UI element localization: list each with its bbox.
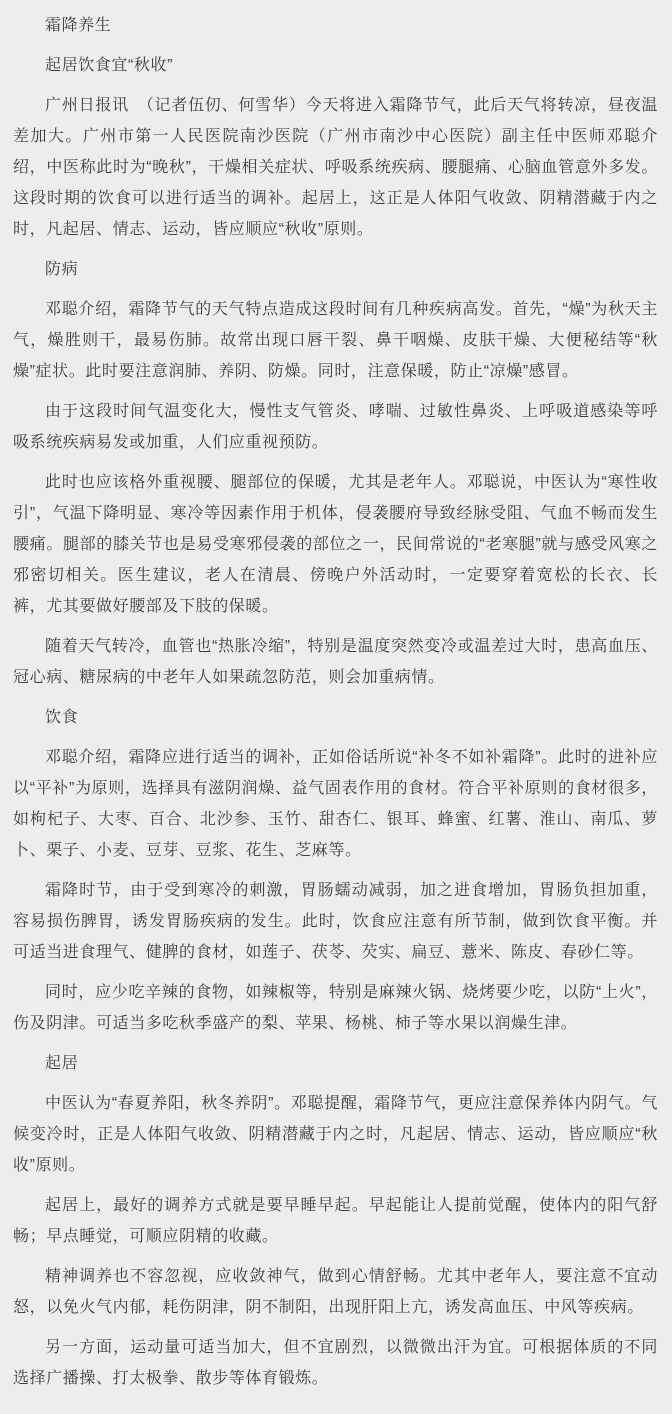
paragraph-intro: 广州日报讯 （记者伍仞、何雪华）今天将进入霜降节气，此后天气将转凉，昼夜温差加大… <box>13 90 658 245</box>
article-page: 霜降养生 起居饮食宜“秋收” 广州日报讯 （记者伍仞、何雪华）今天将进入霜降节气… <box>0 0 672 1414</box>
paragraph: 随着天气转冷，血管也“热胀冷缩”，特别是温度突然变冷或温差过大时，患高血压、冠心… <box>13 631 658 693</box>
article-subtitle: 起居饮食宜“秋收” <box>13 50 658 81</box>
paragraph: 中医认为“春夏养阳，秋冬养阴”。邓聪提醒，霜降节气，更应注意保养体内阴气。气候变… <box>13 1088 658 1181</box>
paragraph: 邓聪介绍，霜降应进行适当的调补，正如俗话所说“补冬不如补霜降”。此时的进补应以“… <box>13 742 658 866</box>
paragraph: 精神调养也不容忽视，应收敛神气，做到心情舒畅。尤其中老年人，要注意不宜动怒，以免… <box>13 1261 658 1323</box>
paragraph: 霜降时节，由于受到寒冷的刺激，胃肠蠕动减弱，加之进食增加，胃肠负担加重，容易损伤… <box>13 875 658 968</box>
paragraph: 邓聪介绍，霜降节气的天气特点造成这段时间有几种疾病高发。首先，“燥”为秋天主气，… <box>13 294 658 387</box>
section-heading-yinshi: 饮食 <box>13 702 658 733</box>
section-heading-qiju: 起居 <box>13 1048 658 1079</box>
paragraph: 另一方面，运动量可适当加大，但不宜剧烈，以微微出汗为宜。可根据体质的不同选择广播… <box>13 1332 658 1394</box>
paragraph: 此时也应该格外重视腰、腿部位的保暖，尤其是老年人。邓聪说，中医认为“寒性收引”，… <box>13 467 658 622</box>
paragraph: 由于这段时间气温变化大，慢性支气管炎、哮喘、过敏性鼻炎、上呼吸道感染等呼吸系统疾… <box>13 396 658 458</box>
paragraph: 同时，应少吃辛辣的食物，如辣椒等，特别是麻辣火锅、烧烤要少吃，以防“上火”，伤及… <box>13 977 658 1039</box>
section-heading-fangbing: 防病 <box>13 254 658 285</box>
article-title: 霜降养生 <box>13 10 658 41</box>
paragraph: 起居上，最好的调养方式就是要早睡早起。早起能让人提前觉醒，使体内的阳气舒畅；早点… <box>13 1190 658 1252</box>
